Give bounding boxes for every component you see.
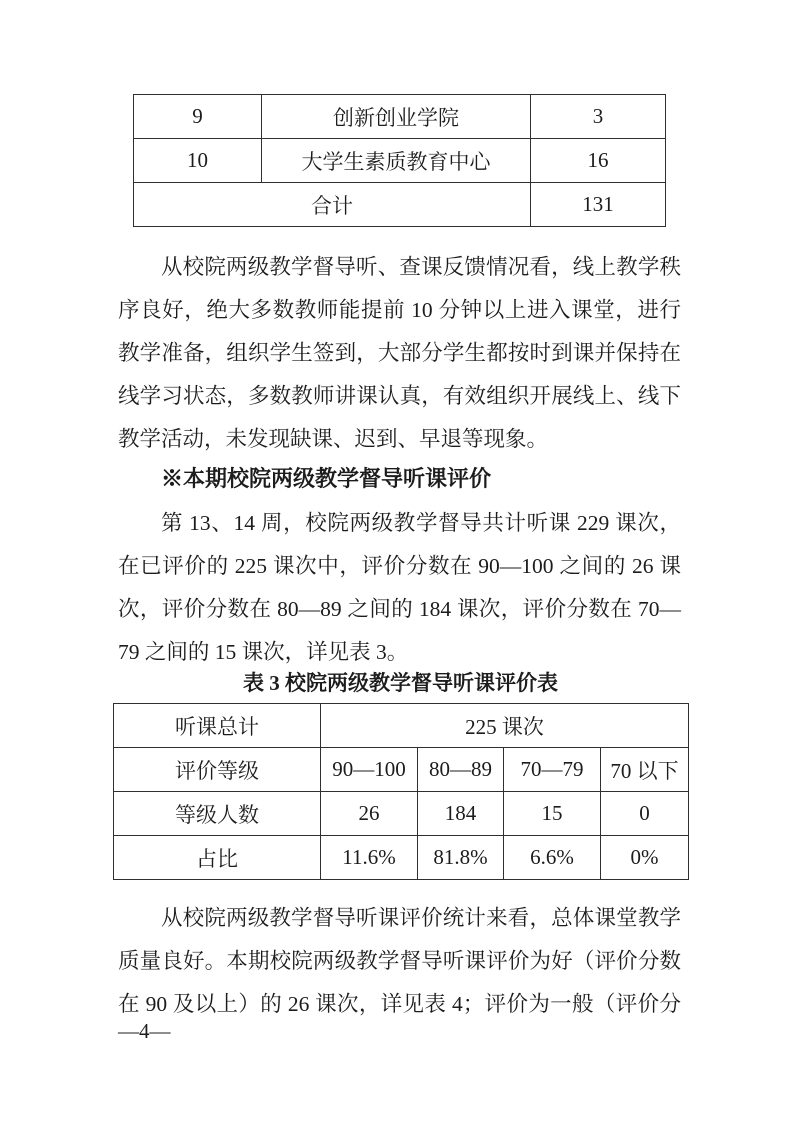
table-row: 10 大学生素质教育中心 16 [134, 139, 666, 183]
grade-percent: 11.6% [321, 836, 418, 880]
paragraph-supervision-feedback: 从校院两级教学督导听、查课反馈情况看，线上教学秩 序良好，绝大多数教师能提前 1… [118, 246, 681, 461]
paragraph-line: 次，评价分数在 80—89 之间的 184 课次，评价分数在 70— [118, 588, 681, 631]
row-label: 等级人数 [114, 792, 321, 836]
table3-caption: 表 3 校院两级教学督导听课评价表 [113, 666, 688, 700]
grade-count: 0 [601, 792, 689, 836]
paragraph-line: 线学习状态，多数教师讲课认真，有效组织开展线上、线下 [118, 375, 681, 418]
page-number: —4— [118, 1016, 171, 1046]
grade-range: 70 以下 [601, 748, 689, 792]
paragraph-evaluation-stats: 第 13、14 周，校院两级教学督导共计听课 229 课次， 在已评价的 225… [118, 502, 681, 674]
dept-row-name: 大学生素质教育中心 [262, 139, 531, 183]
document-page: 9 创新创业学院 3 10 大学生素质教育中心 16 合计 131 从校院两级教… [0, 0, 793, 1122]
paragraph-line: 教学准备，组织学生签到，大部分学生都按时到课并保持在 [118, 332, 681, 375]
dept-row-index: 10 [134, 139, 262, 183]
total-sessions-value: 225 课次 [321, 704, 689, 748]
dept-row-count: 16 [531, 139, 666, 183]
dept-row-count: 3 [531, 95, 666, 139]
grade-count: 184 [418, 792, 504, 836]
table-total-row: 合计 131 [134, 183, 666, 227]
table-row: 9 创新创业学院 3 [134, 95, 666, 139]
paragraph-line: 第 13、14 周，校院两级教学督导共计听课 229 课次， [118, 502, 681, 545]
paragraph-line: 序良好，绝大多数教师能提前 10 分钟以上进入课堂，进行 [118, 289, 681, 332]
row-label: 占比 [114, 836, 321, 880]
dept-stats-table: 9 创新创业学院 3 10 大学生素质教育中心 16 合计 131 [133, 94, 666, 227]
paragraph-line: 从校院两级教学督导听课评价统计来看，总体课堂教学 [118, 897, 681, 940]
paragraph-line: 在 90 及以上）的 26 课次，详见表 4；评价为一般（评价分 [118, 983, 681, 1026]
paragraph-evaluation-summary: 从校院两级教学督导听课评价统计来看，总体课堂教学 质量良好。本期校院两级教学督导… [118, 897, 681, 1026]
row-label: 评价等级 [114, 748, 321, 792]
total-value: 131 [531, 183, 666, 227]
paragraph-line: 在已评价的 225 课次中，评价分数在 90—100 之间的 26 课 [118, 545, 681, 588]
dept-row-name: 创新创业学院 [262, 95, 531, 139]
table-row: 评价等级 90—100 80—89 70—79 70 以下 [114, 748, 689, 792]
grade-percent: 6.6% [504, 836, 601, 880]
row-label: 听课总计 [114, 704, 321, 748]
grade-range: 90—100 [321, 748, 418, 792]
section-heading: ※本期校院两级教学督导听课评价 [118, 457, 681, 500]
paragraph-line: 质量良好。本期校院两级教学督导听课评价为好（评价分数 [118, 940, 681, 983]
evaluation-table: 听课总计 225 课次 评价等级 90—100 80—89 70—79 70 以… [113, 703, 689, 880]
table-row: 等级人数 26 184 15 0 [114, 792, 689, 836]
grade-count: 15 [504, 792, 601, 836]
grade-percent: 81.8% [418, 836, 504, 880]
grade-count: 26 [321, 792, 418, 836]
total-label: 合计 [134, 183, 531, 227]
grade-range: 80—89 [418, 748, 504, 792]
grade-range: 70—79 [504, 748, 601, 792]
paragraph-line: 从校院两级教学督导听、查课反馈情况看，线上教学秩 [118, 246, 681, 289]
grade-percent: 0% [601, 836, 689, 880]
table-row: 听课总计 225 课次 [114, 704, 689, 748]
table-row: 占比 11.6% 81.8% 6.6% 0% [114, 836, 689, 880]
dept-row-index: 9 [134, 95, 262, 139]
paragraph-line: 教学活动，未发现缺课、迟到、早退等现象。 [118, 418, 681, 461]
